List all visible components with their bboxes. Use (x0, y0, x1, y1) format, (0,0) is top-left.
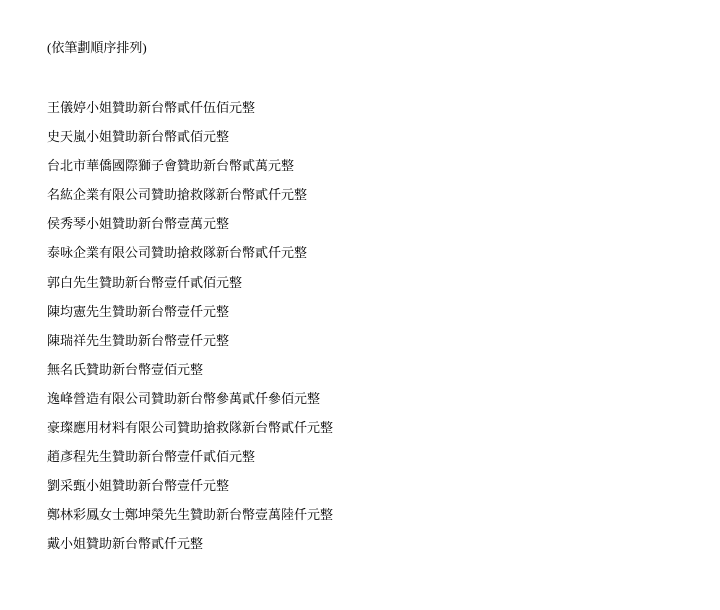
sponsor-list: 王儀婷小姐贊助新台幣貳仟伍佰元整 史天嵐小姐贊助新台幣貳佰元整 台北市華僑國際獅… (47, 100, 333, 566)
sponsor-entry: 郭白先生贊助新台幣壹仟貳佰元整 (47, 275, 333, 291)
sponsor-entry: 鄭林彩鳳女士鄭坤榮先生贊助新台幣壹萬陸仟元整 (47, 507, 333, 523)
sponsor-entry: 趙彥程先生贊助新台幣壹仟貳佰元整 (47, 449, 333, 465)
sponsor-entry: 陳均憲先生贊助新台幣壹仟元整 (47, 304, 333, 320)
sponsor-entry: 王儀婷小姐贊助新台幣貳仟伍佰元整 (47, 100, 333, 116)
sponsor-entry: 史天嵐小姐贊助新台幣貳佰元整 (47, 129, 333, 145)
sponsor-entry: 台北市華僑國際獅子會贊助新台幣貳萬元整 (47, 158, 333, 174)
sponsor-entry: 侯秀琴小姐贊助新台幣壹萬元整 (47, 216, 333, 232)
sort-order-note: (依筆劃順序排列) (47, 40, 147, 56)
sponsor-entry: 名紘企業有限公司贊助搶救隊新台幣貳仟元整 (47, 187, 333, 203)
sponsor-entry: 戴小姐贊助新台幣貳仟元整 (47, 536, 333, 552)
sponsor-entry: 豪璨應用材料有限公司贊助搶救隊新台幣貳仟元整 (47, 420, 333, 436)
sponsor-document: (依筆劃順序排列) 王儀婷小姐贊助新台幣貳仟伍佰元整 史天嵐小姐贊助新台幣貳佰元… (47, 40, 147, 56)
sponsor-entry: 無名氏贊助新台幣壹佰元整 (47, 362, 333, 378)
sponsor-entry: 劉采甄小姐贊助新台幣壹仟元整 (47, 478, 333, 494)
sponsor-entry: 陳瑞祥先生贊助新台幣壹仟元整 (47, 333, 333, 349)
sponsor-entry: 逸峰營造有限公司贊助新台幣參萬貳仟參佰元整 (47, 391, 333, 407)
sponsor-entry: 泰咏企業有限公司贊助搶救隊新台幣貳仟元整 (47, 245, 333, 261)
